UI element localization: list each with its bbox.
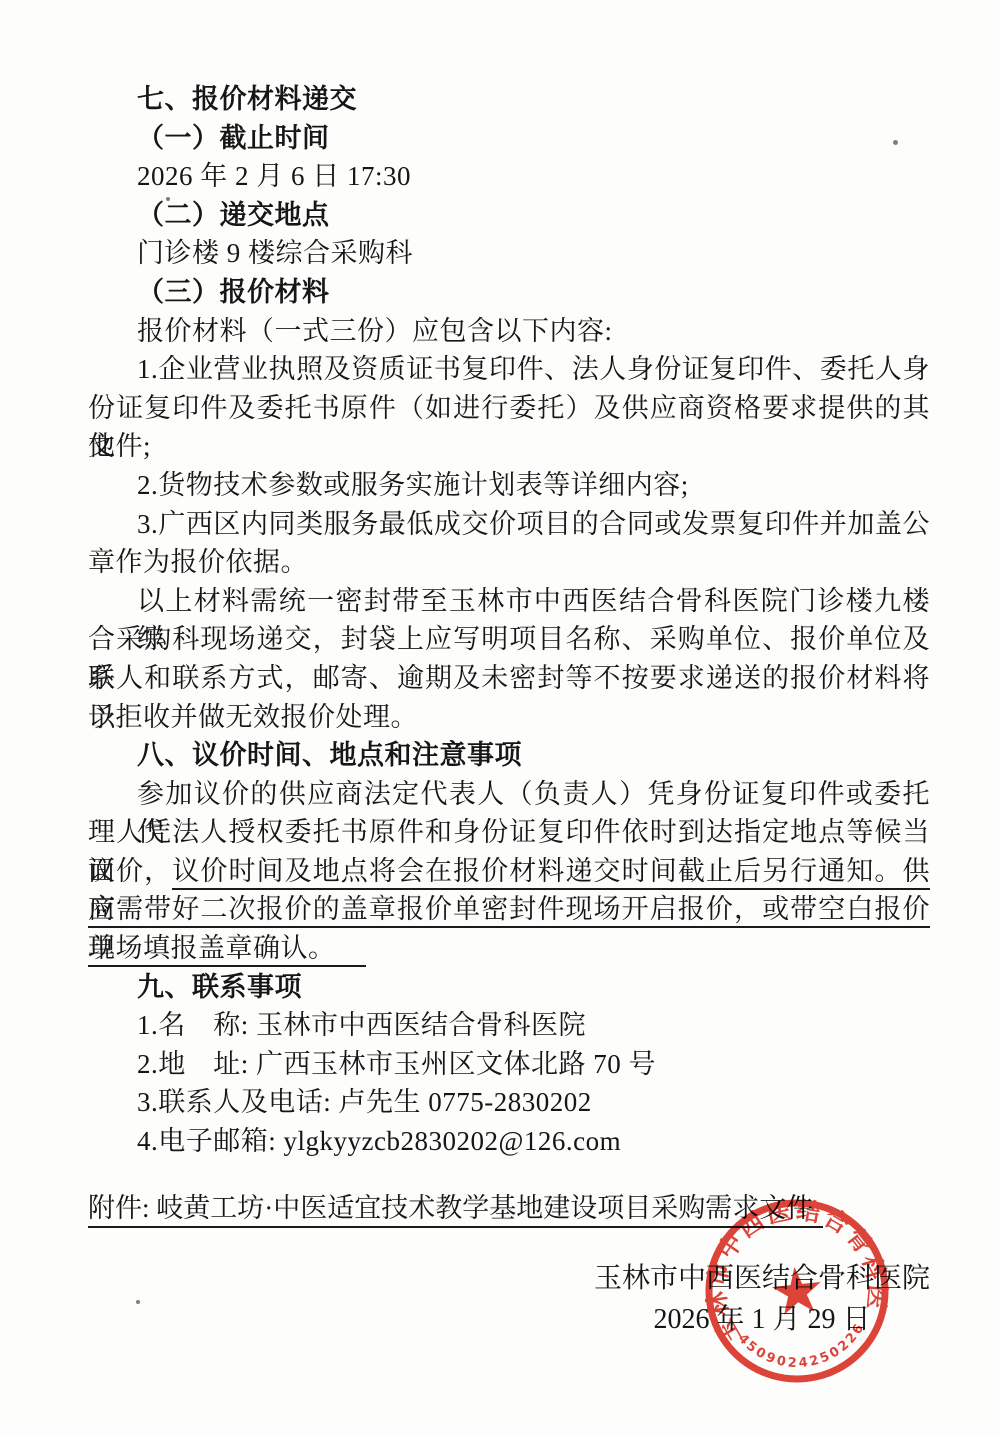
- text-line: 2.货物技术参数或服务实施计划表等详细内容;: [88, 466, 930, 505]
- text-line: 合采购科现场递交，封袋上应写明项目名称、采购单位、报价单位及联: [88, 620, 930, 659]
- text-line: 1.企业营业执照及资质证书复印件、法人身份证复印件、委托人身: [88, 350, 930, 389]
- text-segment: 3.联系人及电话: 卢先生 0775-2830202: [137, 1087, 592, 1117]
- text-line: 1.名 称: 玉林市中西医结合骨科医院: [88, 1006, 930, 1045]
- text-segment: 2026 年 2 月 6 日 17:30: [137, 161, 411, 191]
- text-line: 参加议价的供应商法定代表人（负责人）凭身份证复印件或委托代: [88, 775, 930, 814]
- text-segment: 章作为报价依据。: [88, 547, 308, 577]
- text-line: 以拒收并做无效报价处理。: [88, 698, 930, 737]
- text-segment: 七、报价材料递交: [137, 84, 357, 114]
- text-segment: 3.广西区内同类服务最低成交价项目的合同或发票复印件并加盖公: [137, 509, 930, 539]
- document-page: 七、报价材料递交（一）截止时间2026 年 2 月 6 日 17:30（二）递交…: [0, 0, 1000, 1434]
- star-icon: ★: [765, 1252, 830, 1332]
- text-line: 议价，议价时间及地点将会在报价材料递交时间截止后另行通知。供应: [88, 852, 930, 891]
- text-line: 门诊楼 9 楼综合采购科: [88, 234, 930, 273]
- section-heading: 九、联系事项: [88, 968, 930, 1007]
- text-segment: 4.电子邮箱: ylgkyyzcb2830202@126.com: [137, 1126, 621, 1156]
- text-segment: 以拒收并做无效报价处理。: [88, 702, 418, 732]
- text-line: 商需带好二次报价的盖章报价单密封件现场开启报价，或带空白报价单: [88, 890, 930, 929]
- official-seal-stamp: 玉林市中西医结合骨科医院 ★ 4509024250226: [688, 1182, 906, 1400]
- text-segment: （二）递交地点: [137, 200, 330, 230]
- text-line: 3.广西区内同类服务最低成交价项目的合同或发票复印件并加盖公: [88, 505, 930, 544]
- scan-artifact-dot: [136, 1300, 140, 1304]
- text-line: 2.地 址: 广西玉林市玉州区文体北路 70 号: [88, 1045, 930, 1084]
- text-segment: 1.企业营业执照及资质证书复印件、法人身份证复印件、委托人身: [137, 354, 930, 384]
- scan-artifact-dot: [166, 197, 170, 201]
- text-segment: 八、议价时间、地点和注意事项: [137, 740, 522, 770]
- document-body: 七、报价材料递交（一）截止时间2026 年 2 月 6 日 17:30（二）递交…: [88, 80, 930, 1161]
- text-line: 章作为报价依据。: [88, 543, 930, 582]
- text-segment: 1.名 称: 玉林市中西医结合骨科医院: [137, 1010, 586, 1040]
- text-line: 现场填报盖章确认。: [88, 929, 930, 968]
- text-segment: 2.货物技术参数或服务实施计划表等详细内容;: [137, 470, 689, 500]
- section-heading: 七、报价材料递交: [88, 80, 930, 119]
- text-segment: 2.地 址: 广西玉林市玉州区文体北路 70 号: [137, 1049, 656, 1079]
- text-line: 3.联系人及电话: 卢先生 0775-2830202: [88, 1083, 930, 1122]
- section-heading: （一）截止时间: [88, 119, 930, 158]
- text-line: 报价材料（一式三份）应包含以下内容:: [88, 312, 930, 351]
- text-segment: （三）报价材料: [137, 277, 330, 307]
- text-line: 4.电子邮箱: ylgkyyzcb2830202@126.com: [88, 1122, 930, 1161]
- text-segment: 文件;: [88, 431, 151, 461]
- text-line: 2026 年 2 月 6 日 17:30: [88, 157, 930, 196]
- section-heading: （三）报价材料: [88, 273, 930, 312]
- text-segment: 议价，: [88, 856, 172, 886]
- section-heading: 八、议价时间、地点和注意事项: [88, 736, 930, 775]
- scan-artifact-dot: [893, 140, 898, 145]
- text-line: 以上材料需统一密封带至玉林市中西医结合骨科医院门诊楼九楼综: [88, 582, 930, 621]
- text-segment: 门诊楼 9 楼综合采购科: [137, 238, 413, 268]
- text-line: 份证复印件及委托书原件（如进行委托）及供应商资格要求提供的其他: [88, 389, 930, 428]
- section-heading: （二）递交地点: [88, 196, 930, 235]
- text-segment: 九、联系事项: [137, 972, 302, 1002]
- underlined-text: 现场填报盖章确认。: [88, 933, 366, 967]
- text-segment: 报价材料（一式三份）应包含以下内容:: [137, 316, 613, 346]
- text-segment: （一）截止时间: [137, 123, 330, 153]
- text-line: 理人凭法人授权委托书原件和身份证复印件依时到达指定地点等候当面: [88, 813, 930, 852]
- text-line: 系人和联系方式，邮寄、逾期及未密封等不按要求递送的报价材料将予: [88, 659, 930, 698]
- text-line: 文件;: [88, 427, 930, 466]
